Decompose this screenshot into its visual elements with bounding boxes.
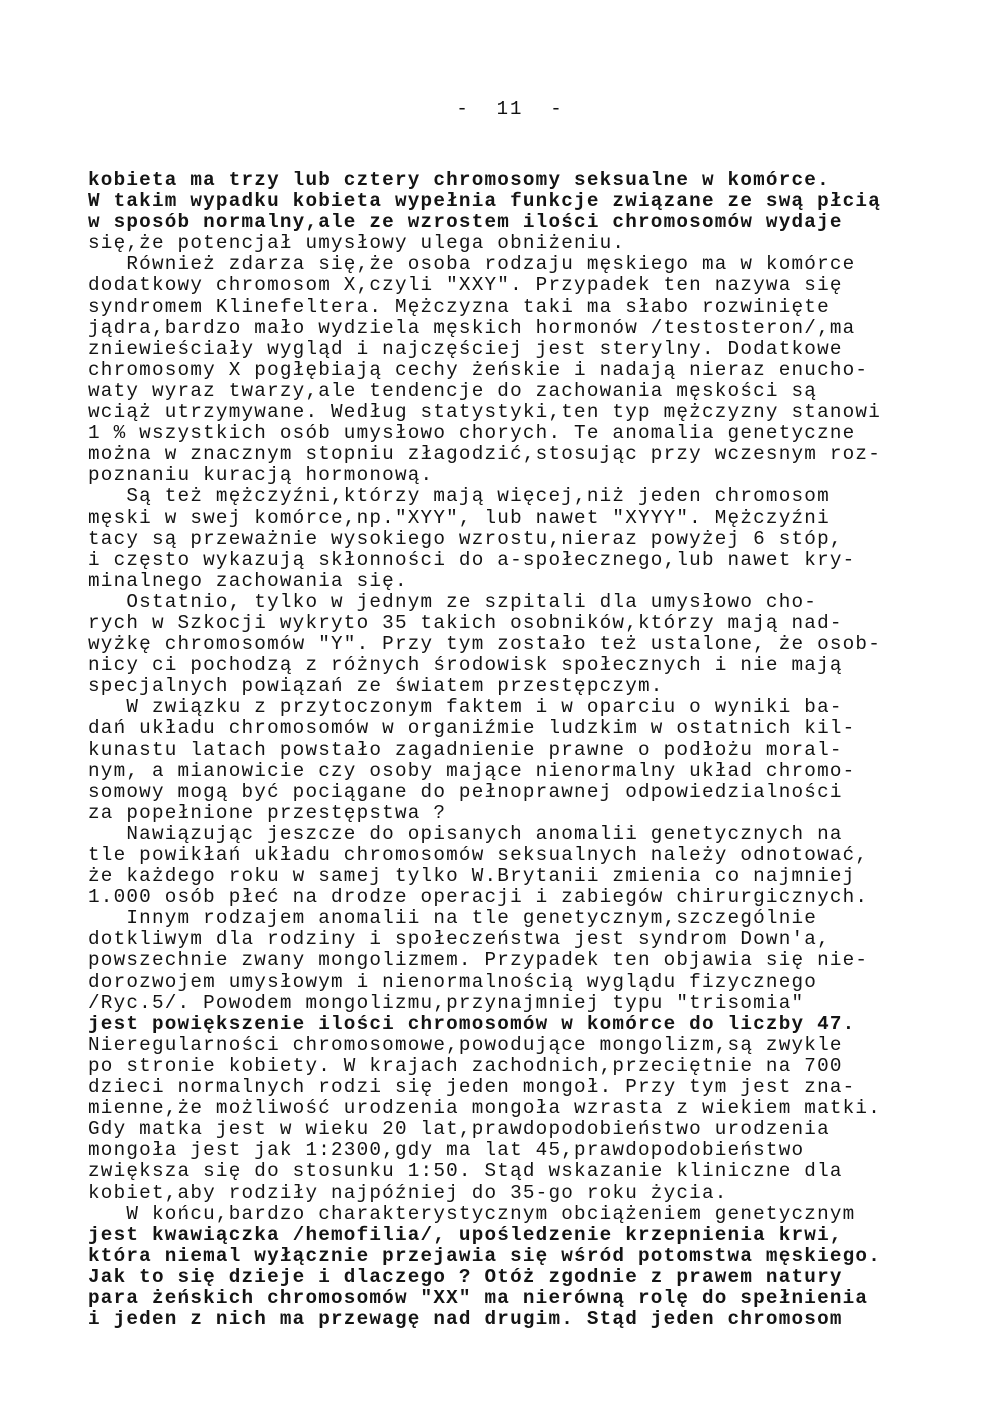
text-line: za popełnione przestępstwa ? [88,803,968,824]
text-line: tacy są przeważnie wysokiego wzrostu,nie… [88,529,968,550]
text-line: Są też mężczyźni,którzy mają więcej,niż … [88,486,968,507]
text-line: dotkliwym dla rodziny i społeczeństwa je… [88,929,968,950]
text-line: się,że potencjał umysłowy ulega obniżeni… [88,233,968,254]
text-line: Jak to się dzieje i dlaczego ? Otóż zgod… [88,1267,968,1288]
text-line: wciąż utrzymywane. Według statystyki,ten… [88,402,968,423]
text-line: nym, a mianowicie czy osoby mające nieno… [88,761,968,782]
text-line: /Ryc.5/. Powodem mongolizmu,przynajmniej… [88,993,968,1014]
text-line: Ostatnio, tylko w jednym ze szpitali dla… [88,592,968,613]
text-line: minalnego zachowania się. [88,571,968,592]
text-line: nicy ci pochodzą z różnych środowisk spo… [88,655,968,676]
text-line: kobieta ma trzy lub cztery chromosomy se… [88,170,968,191]
text-line: rych w Szkocji wykryto 35 takich osobnik… [88,613,968,634]
text-line: somowy mogą być pociągane do pełnoprawne… [88,782,968,803]
text-line: mienne,że możliwość urodzenia mongoła wz… [88,1098,968,1119]
text-line: i jeden z nich ma przewagę nad drugim. S… [88,1309,968,1330]
text-line: po stronie kobiety. W krajach zachodnich… [88,1056,968,1077]
text-line: jest powiększenie ilości chromosomów w k… [88,1014,968,1035]
text-line: syndromem Klinefeltera. Mężczyzna taki m… [88,297,968,318]
text-line: zniewieściały wygląd i najczęściej jest … [88,339,968,360]
text-line: W takim wypadku kobieta wypełnia funkcje… [88,191,968,212]
text-line: w sposób normalny,ale ze wzrostem ilości… [88,212,968,233]
text-line: Również zdarza się,że osoba rodzaju męsk… [88,254,968,275]
text-line: dodatkowy chromosom X,czyli "XXY". Przyp… [88,275,968,296]
text-line: tle powikłań układu chromosomów seksualn… [88,845,968,866]
text-line: chromosomy X pogłębiają cechy żeńskie i … [88,360,968,381]
text-line: i często wykazują skłonności do a-społec… [88,550,968,571]
text-line: która niemal wyłącznie przejawia się wśr… [88,1246,968,1267]
text-line: Gdy matka jest w wieku 20 lat,prawdopodo… [88,1119,968,1140]
text-line: para żeńskich chromosomów "XX" ma nierów… [88,1288,968,1309]
text-line: jest kwawiączka /hemofilia/, upośledzeni… [88,1225,968,1246]
page-number: - 11 - [0,98,1000,120]
text-line: Innym rodzajem anomalii na tle genetyczn… [88,908,968,929]
text-line: W końcu,bardzo charakterystycznym obciąż… [88,1204,968,1225]
text-line: dzieci normalnych rodzi się jeden mongoł… [88,1077,968,1098]
text-line: kobiet,aby rodziły najpóźniej do 35-go r… [88,1183,968,1204]
text-line: dań układu chromosomów w organiźmie ludz… [88,718,968,739]
text-line: 1 % wszystkich osób umysłowo chorych. Te… [88,423,968,444]
text-line: mongoła jest jak 1:2300,gdy ma lat 45,pr… [88,1140,968,1161]
text-line: kunastu latach powstało zagadnienie praw… [88,740,968,761]
text-line: specjalnych powiązań ze światem przestęp… [88,676,968,697]
text-line: Nieregularności chromosomowe,powodujące … [88,1035,968,1056]
text-line: 1.000 osób płeć na drodze operacji i zab… [88,887,968,908]
text-line: dorozwojem umysłowym i nienormalnością w… [88,972,968,993]
text-line: męski w swej komórce,np."XYY", lub nawet… [88,508,968,529]
text-line: jądra,bardzo mało wydziela męskich hormo… [88,318,968,339]
text-line: powszechnie zwany mongolizmem. Przypadek… [88,950,968,971]
text-line: poznaniu kuracją hormonową. [88,465,968,486]
text-line: wyżkę chromosomów "Y". Przy tym zostało … [88,634,968,655]
body-text: kobieta ma trzy lub cztery chromosomy se… [88,170,968,1330]
text-line: można w znacznym stopniu złagodzić,stosu… [88,444,968,465]
text-line: W związku z przytoczonym faktem i w opar… [88,697,968,718]
text-line: Nawiązując jeszcze do opisanych anomalii… [88,824,968,845]
text-line: waty wyraz twarzy,ale tendencje do zacho… [88,381,968,402]
text-line: zwiększa się do stosunku 1:50. Stąd wska… [88,1161,968,1182]
text-line: że każdego roku w samej tylko W.Brytanii… [88,866,968,887]
